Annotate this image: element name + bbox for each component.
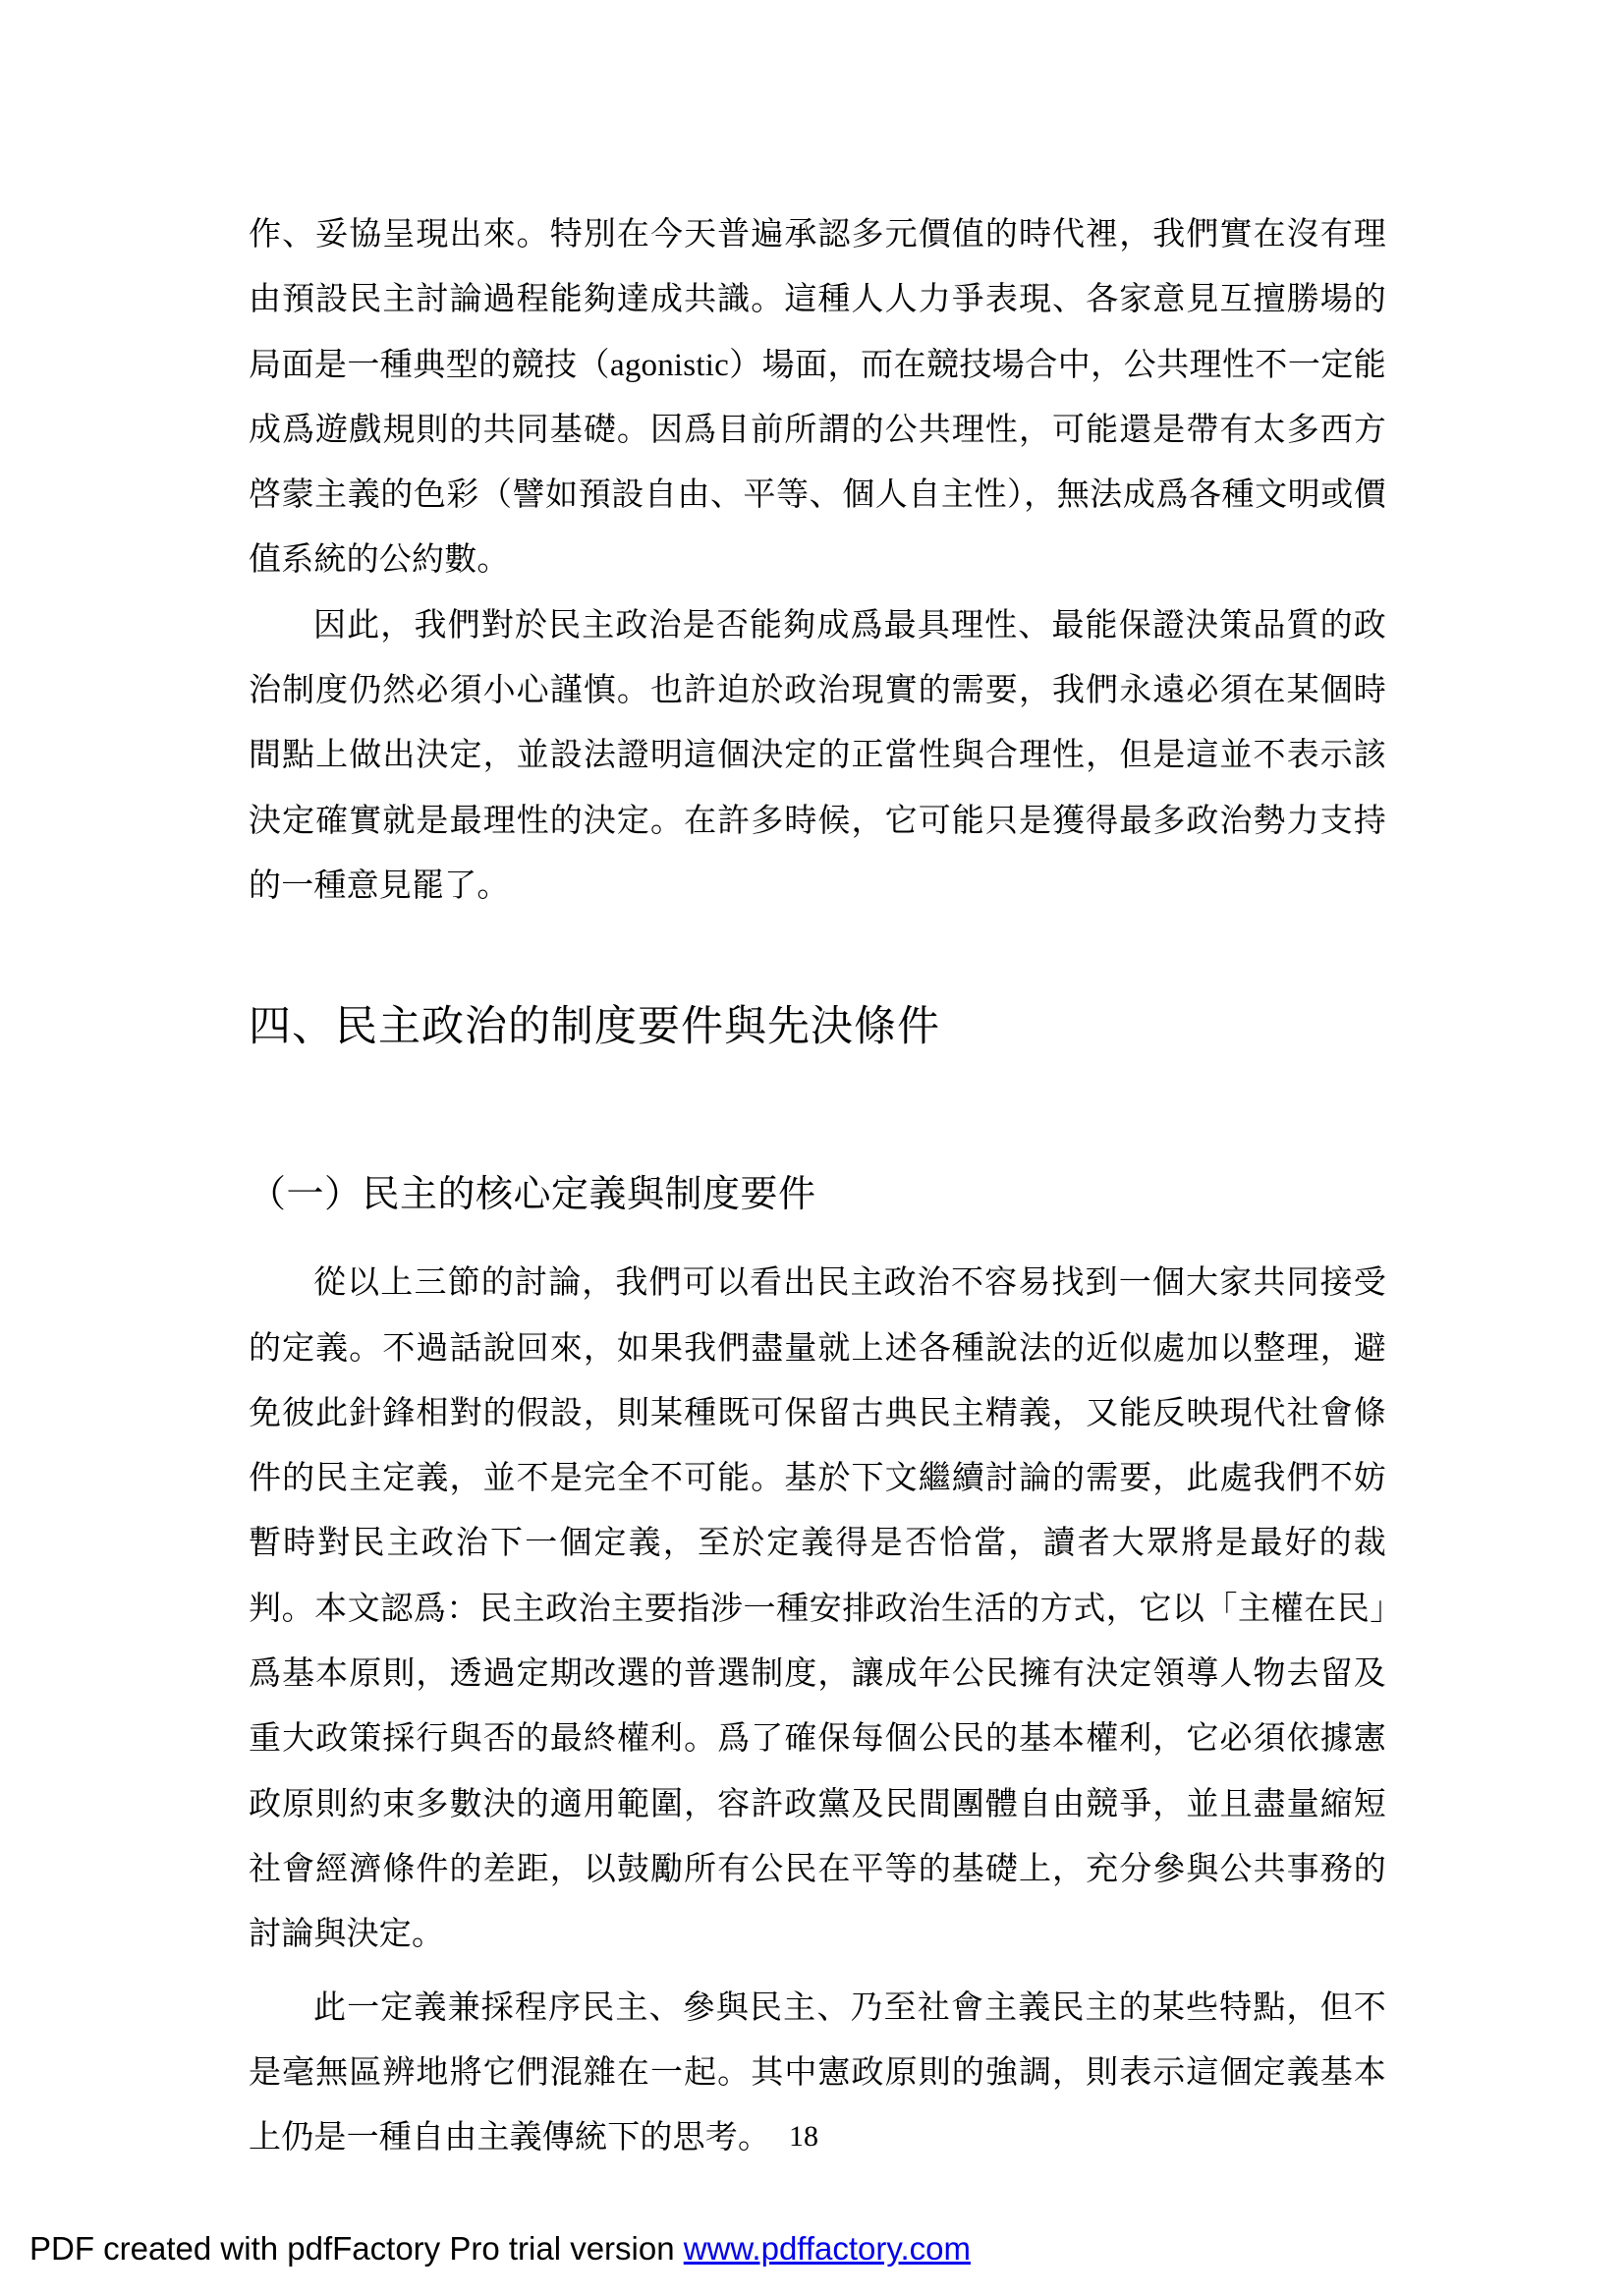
page: 作、妥協呈現出來。特別在今天普遍承認多元價值的時代裡，我們實在沒有理由預設民主討… (0, 0, 1624, 2296)
body-paragraph: 因此，我們對於民主政治是否能夠成爲最具理性、最能保證決策品質的政治制度仍然必須小… (249, 593, 1386, 919)
pdffactory-link[interactable]: www.pdffactory.com (684, 2230, 971, 2267)
body-paragraph: 從以上三節的討論，我們可以看出民主政治不容易找到一個大家共同接受的定義。不過話說… (249, 1251, 1386, 1967)
body-paragraph: 作、妥協呈現出來。特別在今天普遍承認多元價值的時代裡，我們實在沒有理由預設民主討… (249, 202, 1386, 593)
pdf-factory-footer: PDF created with pdfFactory Pro trial ve… (29, 2230, 971, 2268)
text-block: 作、妥協呈現出來。特別在今天普遍承認多元價值的時代裡，我們實在沒有理由預設民主討… (249, 202, 1386, 2170)
page-number: 18 (249, 2120, 1359, 2154)
section-heading: 四、民主政治的制度要件與先決條件 (249, 995, 1386, 1060)
footer-text: PDF created with pdfFactory Pro trial ve… (29, 2230, 684, 2267)
subsection-heading: （一）民主的核心定義與制度要件 (249, 1162, 1386, 1227)
